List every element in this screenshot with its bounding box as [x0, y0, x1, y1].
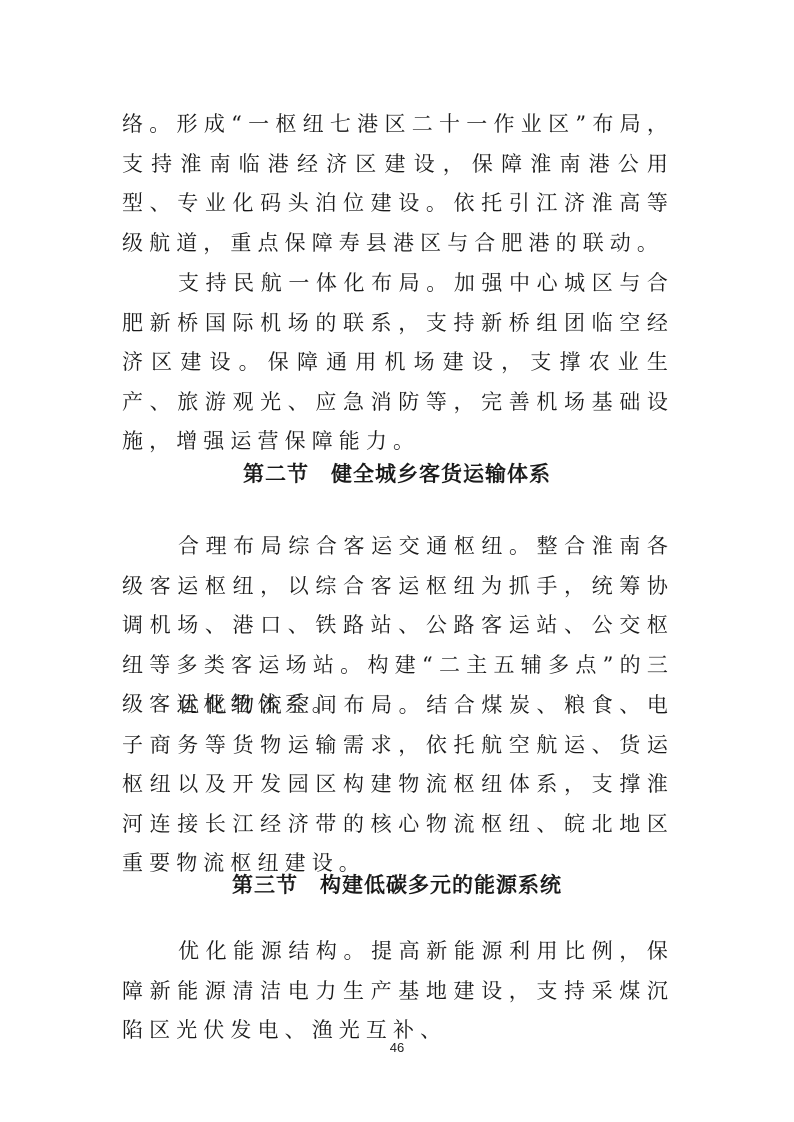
paragraph-body: 加强中心城区与合肥新桥国际机场的联系，支持新桥组团临空经济区建设。保障通用机场建…: [122, 271, 674, 453]
paragraph-body: 络。形成“一枢纽七港区二十一作业区”布局，支持淮南临港经济区建设，保障淮南港公用…: [122, 112, 674, 255]
paragraph-lead: 优化物流空间布局。: [178, 693, 426, 717]
page-number: 46: [0, 1040, 794, 1055]
paragraph-lead: 优化能源结构。: [178, 939, 371, 963]
paragraph-civil-aviation: 支持民航一体化布局。加强中心城区与合肥新桥国际机场的联系，支持新桥组团临空经济区…: [122, 264, 674, 462]
document-page: 络。形成“一枢纽七港区二十一作业区”布局，支持淮南临港经济区建设，保障淮南港公用…: [0, 0, 794, 1122]
section-title: 构建低碳多元的能源系统: [320, 873, 562, 897]
section-number: 第二节: [243, 462, 309, 486]
section-number: 第三节: [232, 873, 298, 897]
paragraph-energy-structure: 优化能源结构。提高新能源利用比例，保障新能源清洁电力生产基地建设，支持采煤沉陷区…: [122, 932, 674, 1051]
paragraph-port-layout: 络。形成“一枢纽七港区二十一作业区”布局，支持淮南临港经济区建设，保障淮南港公用…: [122, 105, 674, 263]
section-heading-2: 第二节健全城乡客货运输体系: [0, 458, 794, 488]
section-heading-3: 第三节构建低碳多元的能源系统: [0, 869, 794, 899]
paragraph-lead: 合理布局综合客运交通枢纽。: [178, 534, 537, 558]
paragraph-lead: 支持民航一体化布局。: [178, 271, 454, 295]
paragraph-body: 结合煤炭、粮食、电子商务等货物运输需求，依托航空航运、货运枢纽以及开发园区构建物…: [122, 693, 674, 875]
section-title: 健全城乡客货运输体系: [331, 462, 551, 486]
paragraph-logistics-layout: 优化物流空间布局。结合煤炭、粮食、电子商务等货物运输需求，依托航空航运、货运枢纽…: [122, 686, 674, 884]
